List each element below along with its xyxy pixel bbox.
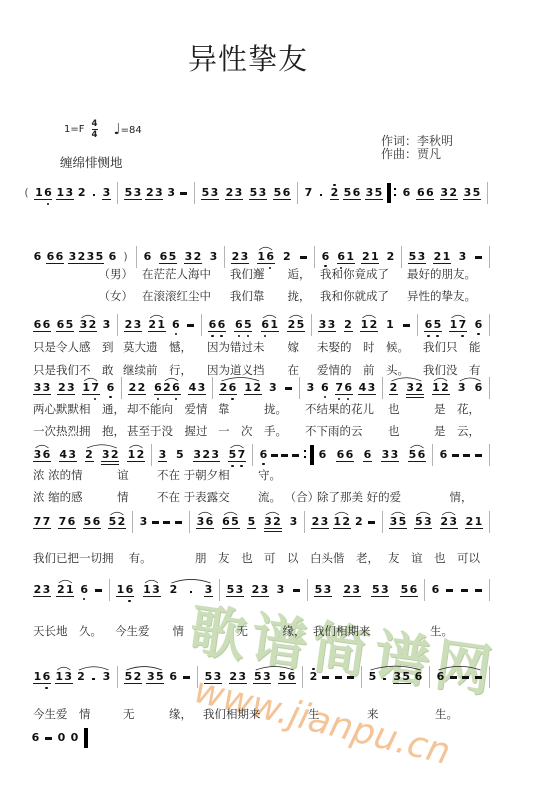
beamed-group: 21 xyxy=(465,516,483,529)
note: 1 xyxy=(370,251,379,263)
low-octave-dot xyxy=(94,398,96,400)
beamed-group: 23 xyxy=(231,251,249,264)
dash-extension xyxy=(179,187,188,199)
beamed-group: 52 xyxy=(124,671,142,684)
beamed-group: 35 xyxy=(365,187,383,200)
note: 3 xyxy=(193,449,202,461)
lyric-segment: 一次热烈拥 抱， xyxy=(33,424,125,438)
note-row: 53233 xyxy=(118,187,194,199)
measure: 65176 xyxy=(418,314,490,336)
note-group xyxy=(462,449,471,461)
note-group: 3 xyxy=(276,584,285,596)
note: 2 xyxy=(309,671,318,683)
measure: 661212 xyxy=(315,246,402,268)
note: 6 xyxy=(31,732,40,744)
lyric-segment: 今生爱 情 xyxy=(115,624,184,638)
note-row: 23216 xyxy=(33,584,109,596)
note: 5 xyxy=(124,187,133,199)
note: 2 xyxy=(124,319,133,331)
beamed-group: 23 xyxy=(311,516,329,529)
note: 6 xyxy=(321,251,330,263)
note-group xyxy=(162,516,171,528)
note: 3 xyxy=(260,584,269,596)
note: 3 xyxy=(258,187,267,199)
note: 3 xyxy=(323,584,332,596)
note-group xyxy=(449,671,458,683)
note-group: 3 xyxy=(289,516,298,528)
measure: 53235356 xyxy=(198,666,303,688)
note-row: 26123 xyxy=(213,382,299,394)
low-octave-dot xyxy=(211,335,213,337)
note-group xyxy=(182,671,191,683)
beamed-group: 66 xyxy=(46,251,64,264)
note-group xyxy=(284,382,293,394)
note: 2 xyxy=(253,382,262,394)
note-row: 2 xyxy=(303,671,361,683)
note-row: 53213 xyxy=(402,251,489,263)
note-row: 5356 xyxy=(362,671,429,683)
note-group: 6 xyxy=(108,251,117,263)
note: 6 xyxy=(67,516,76,528)
note-row: 3323176 xyxy=(33,382,121,394)
lyric-segment: 我们靠 拢， xyxy=(230,289,311,303)
note: 3 xyxy=(327,319,336,331)
measure: 66632356) xyxy=(33,246,137,268)
measure: 3532357 xyxy=(152,444,253,466)
beamed-group: 56 xyxy=(343,187,361,200)
measure: 66663356 xyxy=(312,444,433,466)
low-octave-dot xyxy=(231,398,233,400)
note: 2 xyxy=(386,251,395,263)
low-octave-dot xyxy=(264,335,266,337)
note: 5 xyxy=(368,671,377,683)
rest: 0 xyxy=(70,732,79,744)
beamed-group: 35 xyxy=(389,516,407,529)
note: 6 xyxy=(33,319,42,331)
dash-extension xyxy=(460,584,469,596)
beamed-group: 2 xyxy=(344,319,353,332)
note-row: 66656125 xyxy=(202,319,311,331)
note: 1 xyxy=(143,584,152,596)
note-group: 7 xyxy=(304,187,313,199)
beamed-group: 6 xyxy=(363,449,372,462)
note: 3 xyxy=(367,382,376,394)
note: 3 xyxy=(196,516,205,528)
note-group: 6 xyxy=(474,319,483,331)
note: 5 xyxy=(371,584,380,596)
note: 3 xyxy=(458,251,467,263)
note-group xyxy=(89,671,98,683)
low-octave-dot xyxy=(461,335,463,337)
note-group: 3 xyxy=(167,187,176,199)
beamed-group: 16 xyxy=(116,584,134,597)
beamed-group: 12 xyxy=(360,319,378,332)
beamed-group: 13 xyxy=(55,671,73,684)
measure: 53235356 xyxy=(195,182,298,204)
note: 2 xyxy=(330,187,339,199)
note: 6 xyxy=(171,319,180,331)
lyric-segment: 不在 于表露交 xyxy=(157,490,230,504)
lyric-segment: 无 缘， xyxy=(225,624,306,638)
note-row: 52356 xyxy=(118,671,197,683)
beamed-group: 61 xyxy=(337,251,355,264)
note: 3 xyxy=(133,319,142,331)
composer-name: 贾凡 xyxy=(417,147,441,161)
note: 6 xyxy=(125,584,134,596)
beamed-group: 16 xyxy=(257,251,275,264)
note: 3 xyxy=(66,382,75,394)
note: 1 xyxy=(270,319,279,331)
note: 2 xyxy=(433,251,442,263)
lyric-segment: （男） xyxy=(33,267,133,281)
note: 6 xyxy=(320,382,329,394)
note: 2 xyxy=(449,187,458,199)
note: 2 xyxy=(389,382,398,394)
repeat-dots xyxy=(304,450,306,460)
augmentation-dot xyxy=(317,187,326,199)
note: 6 xyxy=(80,584,89,596)
lyric-segment: 我们已把一切拥 有。 xyxy=(33,551,152,565)
note: 2 xyxy=(110,449,119,461)
lyric-segment: 流。 （合） xyxy=(258,490,319,504)
lyric-segment: 我们没 有 xyxy=(423,363,481,377)
time-signature: 4 4 xyxy=(92,120,98,139)
note-row: 77765652 xyxy=(33,516,132,528)
note: 1 xyxy=(127,449,136,461)
note: 7 xyxy=(304,187,313,199)
note-group: 2 xyxy=(354,516,363,528)
note: 2 xyxy=(287,319,296,331)
beamed-group: 53 xyxy=(408,251,426,264)
note: 3 xyxy=(306,382,315,394)
beamed-group: 23 xyxy=(343,584,361,597)
note-group xyxy=(367,516,376,528)
note: 3 xyxy=(417,251,426,263)
beamed-group: 76 xyxy=(58,516,76,529)
note-group xyxy=(94,584,103,596)
lyric-segment: 白头偕 老， xyxy=(310,551,379,565)
beamed-group: 12 xyxy=(244,382,262,395)
note-group xyxy=(280,449,289,461)
measure: 35532321 xyxy=(383,511,490,533)
note: 5 xyxy=(175,449,184,461)
beamed-group: 32 xyxy=(184,251,202,264)
measure: 3 xyxy=(133,511,190,533)
note: 5 xyxy=(472,187,481,199)
note: 3 xyxy=(102,187,111,199)
note-row: 161323 xyxy=(33,671,117,683)
beamed-group: 66 xyxy=(416,187,434,200)
beamed-group: 16 xyxy=(33,671,51,684)
note-group xyxy=(451,449,460,461)
beamed-group: 56 xyxy=(273,187,291,200)
beamed-group: 43 xyxy=(188,382,206,395)
beamed-group: 53 xyxy=(371,584,389,597)
beamed-group: 53 xyxy=(124,187,142,200)
note: 5 xyxy=(83,516,92,528)
note: 2 xyxy=(169,584,178,596)
beamed-group: 61 xyxy=(261,319,279,332)
note-group xyxy=(174,516,183,528)
beamed-group: 33 xyxy=(318,319,336,332)
note: 6 xyxy=(259,449,268,461)
note: 1 xyxy=(432,382,441,394)
note: 3 xyxy=(102,319,111,331)
beamed-group: 32 xyxy=(406,382,424,395)
note: 1 xyxy=(116,584,125,596)
beamed-group: 23 xyxy=(33,584,51,597)
note-row: 665323 xyxy=(137,251,224,263)
note: 6 xyxy=(266,251,275,263)
beamed-group: 21 xyxy=(361,251,379,264)
note-row: 6665323 xyxy=(33,319,117,331)
dash-extension xyxy=(182,671,191,683)
note: 2 xyxy=(465,516,474,528)
note-group xyxy=(151,516,160,528)
note: 6 xyxy=(414,671,423,683)
note: 7 xyxy=(335,382,344,394)
note: 6 xyxy=(282,187,291,199)
dash-extension xyxy=(367,516,376,528)
lyric-segment: 异性的挚友。 xyxy=(407,289,476,303)
measure: 23216 xyxy=(118,314,202,336)
note: 3 xyxy=(42,382,51,394)
note: 2 xyxy=(354,516,363,528)
beamed-group: 35 xyxy=(146,671,164,684)
measure: 23162 xyxy=(225,246,315,268)
lyric-segment: 无 缘， xyxy=(123,707,192,721)
beamed-group: 43 xyxy=(358,382,376,395)
note-row: 6 xyxy=(425,584,489,596)
note-group xyxy=(461,671,470,683)
note-row: 6 xyxy=(430,671,489,683)
beamed-group: 21 xyxy=(56,584,74,597)
note-group xyxy=(346,671,355,683)
note: 3 xyxy=(86,251,95,263)
low-octave-dot xyxy=(436,335,438,337)
note-group xyxy=(90,187,99,199)
note-row: 6 xyxy=(433,449,489,461)
beamed-group: 12 xyxy=(432,382,450,395)
note: 2 xyxy=(282,251,291,263)
note: 5 xyxy=(65,319,74,331)
beamed-group: 43 xyxy=(59,449,77,462)
note-row: 3532357 xyxy=(152,449,252,461)
lyric-segment: 在滚滚红尘中 xyxy=(142,289,211,303)
note-group: 3 xyxy=(457,382,466,394)
note: 5 xyxy=(249,187,258,199)
note: 6 xyxy=(337,251,346,263)
note: 2 xyxy=(85,449,94,461)
time-signature-top: 4 xyxy=(92,120,98,128)
beamed-group: 3 xyxy=(102,187,111,200)
beamed-group: 323 xyxy=(193,449,220,462)
note: 3 xyxy=(64,671,73,683)
note: 5 xyxy=(226,584,235,596)
note-row: 364323212 xyxy=(33,449,151,461)
lyric-segment: 天长地 久。 xyxy=(33,624,102,638)
note: 3 xyxy=(390,449,399,461)
beamed-group: 21 xyxy=(433,251,451,264)
note-row: 2262643 xyxy=(122,382,212,394)
dash-extension xyxy=(334,671,343,683)
note: 2 xyxy=(369,319,378,331)
lyric-segment: 最好的朋友。 xyxy=(407,267,476,281)
beamed-group: 57 xyxy=(228,449,246,462)
measure: 2262643 xyxy=(122,377,213,399)
note-group: 6 xyxy=(171,319,180,331)
measure: 161323 xyxy=(110,579,220,601)
note: 5 xyxy=(231,516,240,528)
beamed-group: 56 xyxy=(408,449,426,462)
lyric-segment: 我和你竟成了 xyxy=(320,267,389,281)
note: 3 xyxy=(204,584,213,596)
lyric-segment: 来 xyxy=(367,707,379,721)
note: 6 xyxy=(345,449,354,461)
beamed-group: 17 xyxy=(82,382,100,395)
dash-extension xyxy=(299,251,308,263)
high-octave-dot xyxy=(333,184,335,186)
note: 2 xyxy=(311,516,320,528)
note: 1 xyxy=(82,382,91,394)
note: 3 xyxy=(211,449,220,461)
note: 6 xyxy=(172,382,181,394)
dash-extension xyxy=(474,251,483,263)
note-group xyxy=(292,584,301,596)
note-group xyxy=(474,449,483,461)
low-octave-dot xyxy=(477,333,479,335)
note-group: 6 xyxy=(259,449,268,461)
beamed-group: 23 xyxy=(57,382,75,395)
low-octave-dot xyxy=(240,465,242,467)
dash-extension xyxy=(451,449,460,461)
beamed-group: 33 xyxy=(381,449,399,462)
note: 5 xyxy=(201,187,210,199)
note: 3 xyxy=(268,382,277,394)
note-group: 2 xyxy=(386,251,395,263)
note: 3 xyxy=(262,671,271,683)
dash-extension xyxy=(461,671,470,683)
beamed-group: 12 xyxy=(333,516,351,529)
lyric-segment: 情， xyxy=(438,490,473,504)
beamed-group: 35 xyxy=(393,671,411,684)
note: 3 xyxy=(238,671,247,683)
note: 5 xyxy=(124,671,133,683)
note: 3 xyxy=(33,382,42,394)
note-row: 23216 xyxy=(118,319,201,331)
measure: 53233 xyxy=(220,579,308,601)
note: 6 xyxy=(154,382,163,394)
beamed-group: 32 xyxy=(79,319,97,332)
note-row: 725635 xyxy=(298,187,389,199)
dash-extension xyxy=(186,319,195,331)
note-group xyxy=(380,671,389,683)
tempo-value: =84 xyxy=(121,125,142,137)
note-group: 3 xyxy=(268,382,277,394)
dash-extension xyxy=(94,584,103,596)
note: 2 xyxy=(361,251,370,263)
beamed-group: 36 xyxy=(196,516,214,529)
lyric-segment: 生。 xyxy=(435,707,458,721)
note: 1 xyxy=(257,251,266,263)
note: 1 xyxy=(346,251,355,263)
lyric-segment: 不结果的花儿 xyxy=(305,402,374,416)
note-group: 2 xyxy=(309,671,318,683)
note-row: 23162 xyxy=(225,251,314,263)
beamed-group: 53 xyxy=(414,516,432,529)
beamed-group: 77 xyxy=(33,516,51,529)
note: 6 xyxy=(425,187,434,199)
lyric-segment: 生 xyxy=(308,707,320,721)
note-group: 2 xyxy=(169,584,178,596)
beamed-group: 3 xyxy=(158,449,167,462)
score-content: 异性挚友 1=F 4 4 ♩ =84 缠绵悱恻地 作词：李秋明 作曲：贾凡 (1… xyxy=(0,0,534,800)
note: 3 xyxy=(276,584,285,596)
note: 2 xyxy=(415,382,424,394)
lyric-segment: 一 次 手。 xyxy=(218,424,287,438)
note: 3 xyxy=(209,251,218,263)
lyric-segment: 我们相期来 xyxy=(313,624,371,638)
measure: 3323176 xyxy=(33,377,122,399)
beamed-group: 626 xyxy=(154,382,181,395)
note-row: 2321236 xyxy=(383,382,489,394)
composer-label: 作曲： xyxy=(381,147,417,161)
note: 3 xyxy=(102,671,111,683)
note-group: 6 xyxy=(143,251,152,263)
note: 3 xyxy=(389,516,398,528)
note-row: 6663235 xyxy=(389,187,487,199)
beamed-group: 65 xyxy=(159,251,177,264)
beamed-group: 3235 xyxy=(68,251,104,264)
rest: 0 xyxy=(57,732,66,744)
beamed-group: 13 xyxy=(56,187,74,200)
measure: 332121 xyxy=(312,314,418,336)
beamed-group: 32 xyxy=(101,449,119,462)
note: 6 xyxy=(409,584,418,596)
beamed-group: 3 xyxy=(204,584,213,597)
note: 4 xyxy=(188,382,197,394)
note: 6 xyxy=(205,516,214,528)
dash-extension xyxy=(321,671,330,683)
note: 4 xyxy=(59,449,68,461)
note-row: 53235356 xyxy=(195,187,297,199)
beamed-group: 2 xyxy=(85,449,94,462)
note: 5 xyxy=(228,449,237,461)
note-group xyxy=(270,449,279,461)
note: 1 xyxy=(386,319,395,331)
measure: 53235356 xyxy=(308,579,425,601)
note-row: 332121 xyxy=(312,319,417,331)
note-row: 367643 xyxy=(300,382,382,394)
note: 2 xyxy=(273,516,282,528)
note: 6 xyxy=(106,382,115,394)
beamed-group: 66 xyxy=(33,319,51,332)
dash-extension xyxy=(44,732,53,744)
note: 5 xyxy=(433,319,442,331)
dash-extension xyxy=(280,449,289,461)
note: 3 xyxy=(289,516,298,528)
lyric-segment: 甚至于没 握过 xyxy=(127,424,208,438)
lyric-segment: 因为道义挡 在 xyxy=(207,363,299,377)
lyric-segment: 友 谊 也 可以 xyxy=(388,551,480,565)
note: 6 xyxy=(143,251,152,263)
note: 3 xyxy=(152,584,161,596)
note: 5 xyxy=(408,449,417,461)
note: 2 xyxy=(33,584,42,596)
expression-marking: 缠绵悱恻地 xyxy=(60,156,123,170)
note: 2 xyxy=(343,584,352,596)
note: 5 xyxy=(296,319,305,331)
